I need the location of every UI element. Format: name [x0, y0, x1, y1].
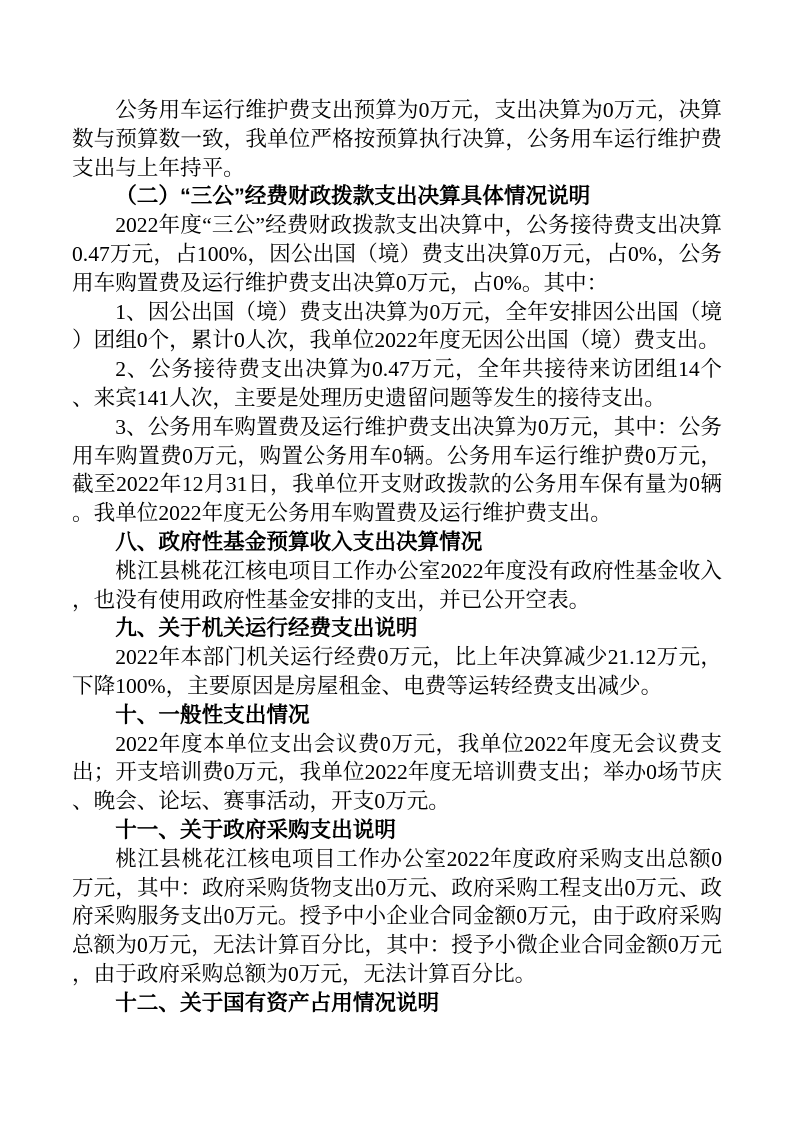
heading-section-11-procurement: 十一、关于政府采购支出说明: [72, 816, 722, 845]
heading-three-public-funds-detail: （二）“三公”经费财政拨款支出决算具体情况说明: [72, 182, 722, 211]
heading-section-8-government-funds: 八、政府性基金预算收入支出决算情况: [72, 528, 722, 557]
document-page: 公务用车运行维护费支出预算为0万元，支出决算为0万元，决算数与预算数一致，我单位…: [0, 0, 793, 1122]
heading-section-12-state-assets: 十二、关于国有资产占用情况说明: [72, 989, 722, 1018]
paragraph-item-1-overseas-travel: 1、因公出国（境）费支出决算为0万元，全年安排因公出国（境）团组0个，累计0人次…: [72, 298, 722, 356]
paragraph-three-public-funds-overview: 2022年度“三公”经费财政拨款支出决算中，公务接待费支出决算0.47万元，占1…: [72, 211, 722, 297]
paragraph-general-expenses: 2022年度本单位支出会议费0万元，我单位2022年度无会议费支出；开支培训费0…: [72, 730, 722, 816]
paragraph-operating-expenses: 2022年本部门机关运行经费0万元，比上年决算减少21.12万元，下降100%，…: [72, 643, 722, 701]
heading-section-9-operating-expenses: 九、关于机关运行经费支出说明: [72, 614, 722, 643]
heading-section-10-general-expenses: 十、一般性支出情况: [72, 701, 722, 730]
paragraph-item-2-official-reception: 2、公务接待费支出决算为0.47万元，全年共接待来访团组14个、来宾141人次，…: [72, 355, 722, 413]
paragraph-item-3-official-vehicles: 3、公务用车购置费及运行维护费支出决算为0万元，其中：公务用车购置费0万元，购置…: [72, 413, 722, 528]
paragraph-vehicle-maintenance-summary: 公务用车运行维护费支出预算为0万元，支出决算为0万元，决算数与预算数一致，我单位…: [72, 96, 722, 182]
paragraph-government-funds: 桃江县桃花江核电项目工作办公室2022年度没有政府性基金收入，也没有使用政府性基…: [72, 557, 722, 615]
paragraph-procurement: 桃江县桃花江核电项目工作办公室2022年度政府采购支出总额0万元，其中：政府采购…: [72, 845, 722, 989]
